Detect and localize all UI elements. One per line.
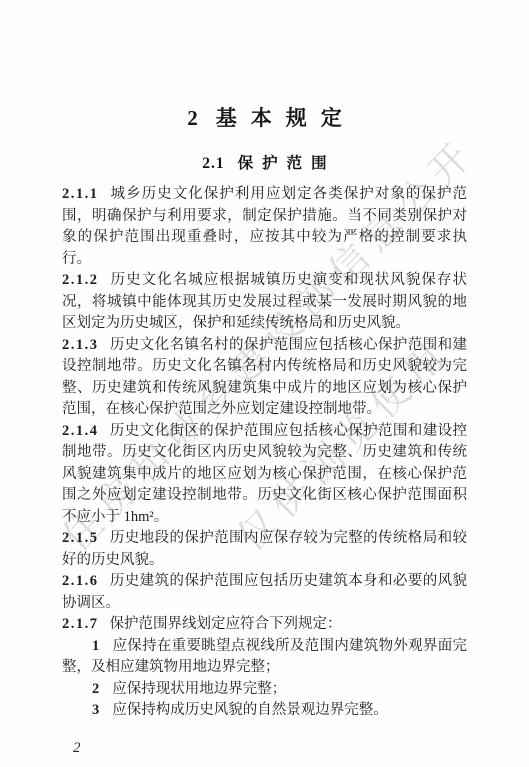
chapter-number: 2 (187, 106, 198, 130)
clause-2-1-5: 2.1.5历史地段的保护范围内应保存较为完整的传统格局和较好的历史风貌。 (62, 528, 467, 571)
page-number: 2 (73, 738, 467, 760)
chapter-heading: 2基本规定 (62, 0, 467, 133)
list-item-text: 应保持构成历史风貌的自然景观边界完整。 (112, 702, 388, 718)
clause-text: 保护范围界线划定应符合下列规定： (110, 616, 342, 632)
clause-number: 2.1.1 (62, 186, 99, 202)
clause-number: 2.1.4 (62, 423, 99, 439)
clause-number: 2.1.6 (62, 573, 99, 589)
list-item-number: 2 (92, 681, 99, 697)
clause-text: 历史文化名城应根据城镇历史演变和现状风貌保存状况，将城镇中能体现其历史发展过程或… (62, 272, 467, 331)
list-item-number: 1 (92, 638, 99, 654)
clause-2-1-3: 2.1.3历史文化名镇名村的保护范围应包括核心保护范围和建设控制地带。历史文化名… (62, 335, 467, 421)
section-title: 保护范围 (238, 155, 336, 172)
clause-number: 2.1.5 (62, 530, 99, 546)
clause-2-1-6: 2.1.6历史建筑的保护范围应包括历史建筑本身和必要的风貌协调区。 (62, 571, 467, 614)
list-item-text: 应保持现状用地边界完整； (112, 681, 286, 697)
list-item-text: 应保持在重要眺望点视线所及范围内建筑物外观界面完整，及相应建筑物用地边界完整； (62, 638, 467, 676)
clause-number: 2.1.2 (62, 272, 99, 288)
clause-text: 历史地段的保护范围内应保存较为完整的传统格局和较好的历史风貌。 (62, 530, 467, 568)
clause-2-1-2: 2.1.2历史文化名城应根据城镇历史演变和现状风貌保存状况，将城镇中能体现其历史… (62, 270, 467, 335)
section-heading: 2.1保护范围 (62, 133, 467, 184)
section-number: 2.1 (202, 155, 224, 172)
clause-number: 2.1.7 (62, 616, 99, 632)
clause-2-1-1: 2.1.1城乡历史文化保护利用应划定各类保护对象的保护范围，明确保护与利用要求，… (62, 184, 467, 270)
page-content: 2基本规定 2.1保护范围 2.1.1城乡历史文化保护利用应划定各类保护对象的保… (62, 0, 467, 759)
list-item-2: 2应保持现状用地边界完整； (62, 679, 467, 701)
clause-2-1-4: 2.1.4历史文化街区的保护范围应包括核心保护范围和建设控制地带。历史文化街区内… (62, 421, 467, 529)
clause-text: 历史建筑的保护范围应包括历史建筑本身和必要的风貌协调区。 (62, 573, 467, 611)
document-page: 住房和城乡建设部信息公开 仅供浏览使用 2基本规定 2.1保护范围 2.1.1城… (0, 0, 529, 767)
clause-text: 历史文化街区的保护范围应包括核心保护范围和建设控制地带。历史文化街区内历史风貌较… (62, 423, 467, 525)
clause-2-1-7: 2.1.7保护范围界线划定应符合下列规定： (62, 614, 467, 636)
chapter-title: 基本规定 (216, 106, 356, 130)
list-item-1: 1应保持在重要眺望点视线所及范围内建筑物外观界面完整，及相应建筑物用地边界完整； (62, 636, 467, 679)
list-item-number: 3 (92, 702, 99, 718)
clause-text: 历史文化名镇名村的保护范围应包括核心保护范围和建设控制地带。历史文化名镇名村内传… (62, 337, 467, 418)
clause-number: 2.1.3 (62, 337, 99, 353)
list-item-3: 3应保持构成历史风貌的自然景观边界完整。 (62, 700, 467, 722)
clause-text: 城乡历史文化保护利用应划定各类保护对象的保护范围，明确保护与利用要求，制定保护措… (62, 186, 467, 267)
